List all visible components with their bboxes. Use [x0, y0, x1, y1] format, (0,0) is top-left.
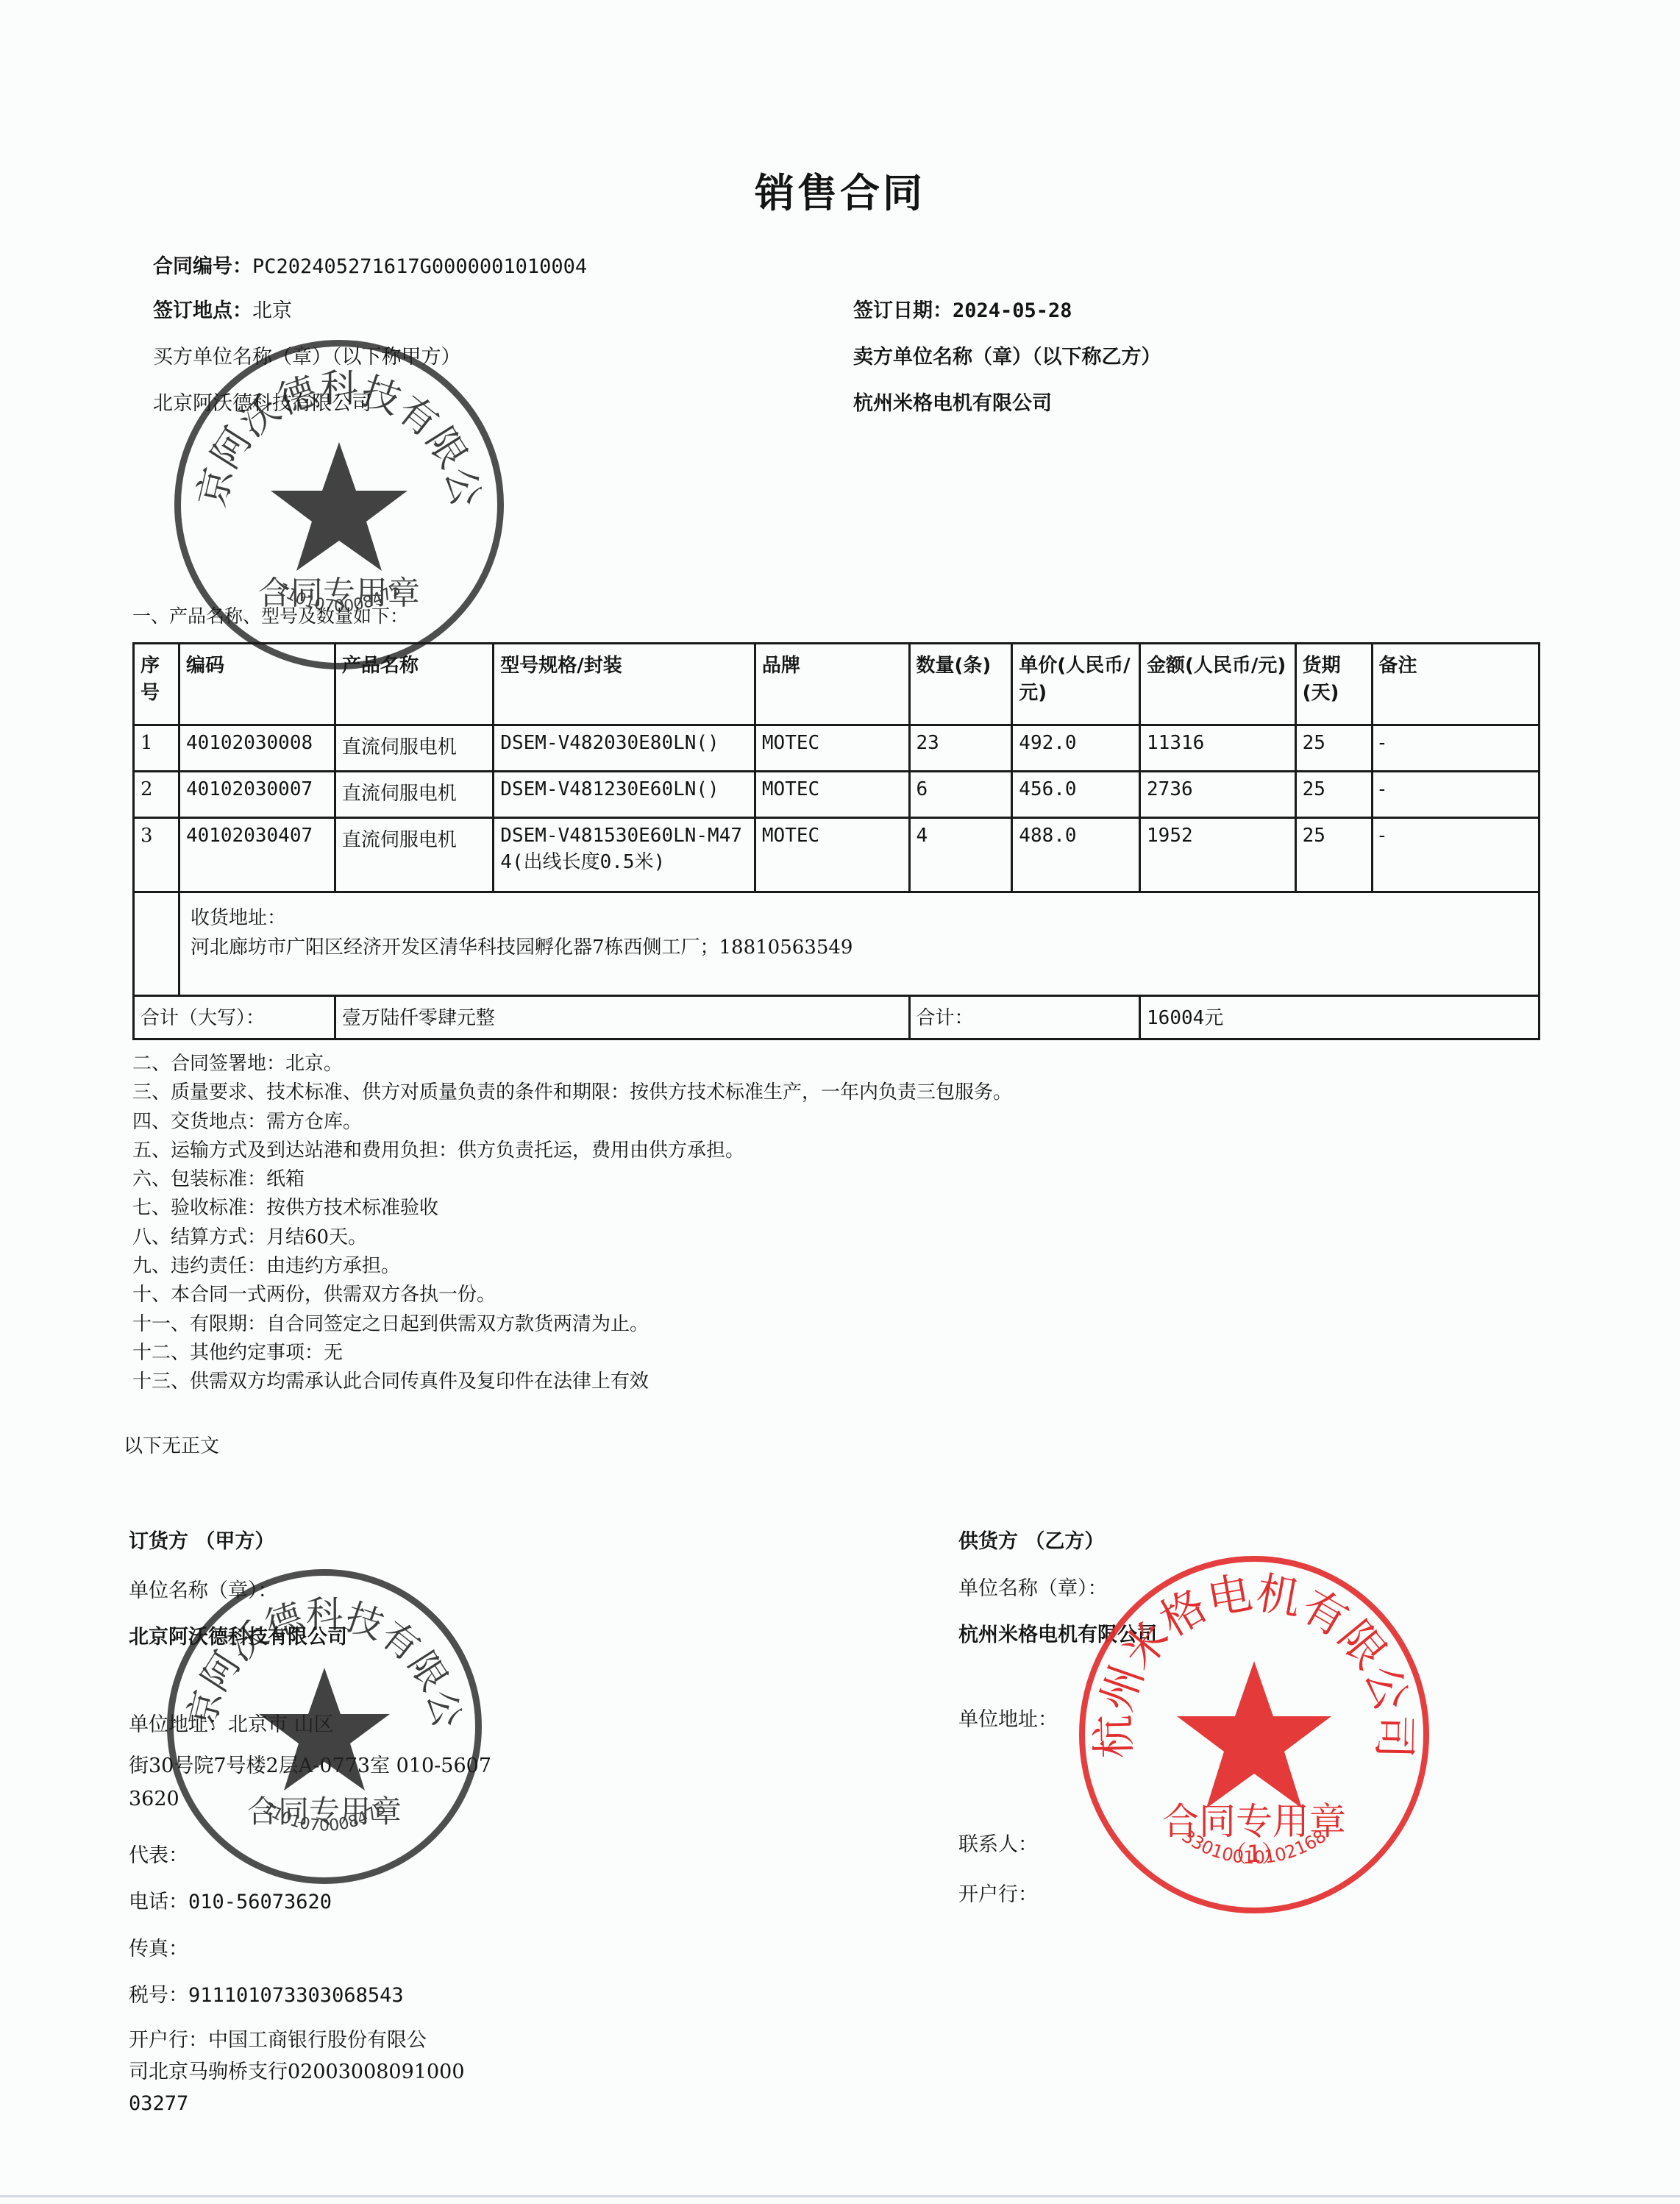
sign-date-label: 签订日期： [853, 299, 953, 322]
party-a-bank-line2: 司北京马驹桥支行02003008091000 [129, 2056, 465, 2088]
party-a-address-line3: 3620 [129, 1788, 179, 1810]
seller-name: 杭州米格电机有限公司 [853, 387, 1052, 416]
cell-model: DSEM-V481230E60LN() [494, 772, 755, 818]
party-a-bank-label: 开户行： [129, 2029, 208, 2052]
cell-name: 直流伺服电机 [335, 818, 493, 892]
cell-qty: 6 [909, 772, 1012, 818]
seller-contract-seal: 杭州米格电机有限公司 合同专用章 （1） 3301001010216​8 [1079, 1556, 1429, 1913]
party-b-contact-label: 联系人： [958, 1828, 1038, 1857]
clause-7: 七、验收标准：按供方技术标准验收 [132, 1194, 1012, 1223]
cell-brand: MOTEC [755, 818, 909, 892]
party-b-heading: 供货方 （乙方） [958, 1525, 1104, 1554]
contract-number-value: PC202405271617G0000001010004 [252, 255, 587, 278]
buyer-contract-seal-top: 北京阿沃德科技有限公司 合同专用章 1101070008475 [174, 340, 504, 669]
cell-qty: 4 [909, 818, 1012, 892]
party-a-bank-line1: 中国工商银行股份有限公 [208, 2029, 427, 2052]
seal-graphic: 杭州米格电机有限公司 合同专用章 （1） 3301001010216​8 [1085, 1562, 1423, 1908]
clause-12: 十二、其他约定事项：无 [132, 1339, 1012, 1368]
party-a-tax: 税号：911101073303068543 [129, 1979, 404, 2008]
party-a-bank-line3: 03277 [129, 2088, 465, 2119]
cell-code: 40102030007 [179, 772, 335, 818]
seal-graphic: 北京阿沃德科技有限公司 合同专用章 1101070008475 [181, 346, 497, 663]
cell-unit-price: 456.0 [1012, 772, 1140, 818]
header-amount: 金额(人民币/元) [1140, 644, 1296, 725]
clause-11: 十一、有限期：自合同签定之日起到供需双方款货两清为止。 [132, 1310, 1012, 1339]
seller-label: 卖方单位名称（章）（以下称乙方） [853, 341, 1161, 369]
cell-brand: MOTEC [755, 725, 909, 772]
star-icon [271, 442, 407, 571]
total-label: 合计： [909, 996, 1140, 1039]
cell-amount: 11316 [1140, 725, 1296, 772]
cell-code: 40102030008 [179, 725, 335, 772]
sign-place: 签订地点：北京 [153, 294, 292, 323]
party-b-address-label: 单位地址： [958, 1703, 1058, 1732]
sign-place-value: 北京 [252, 299, 292, 322]
delivery-address-label: 收货地址： [191, 903, 1528, 933]
cell-name: 直流伺服电机 [335, 725, 493, 772]
cell-model: DSEM-V481530E60LN-M474(出线长度0.5米) [494, 818, 755, 892]
buyer-contract-seal-bottom: 北京阿沃德科技有限公司 合同专用章 1101070008475 [167, 1569, 482, 1884]
delivery-address-row: 收货地址： 河北廊坊市广阳区经济开发区清华科技园孵化器7栋西侧工厂；188105… [134, 892, 1540, 996]
header-model: 型号规格/封装 [494, 644, 755, 725]
party-a-bank: 开户行：中国工商银行股份有限公 司北京马驹桥支行02003008091000 0… [129, 2025, 465, 2119]
header-lead-days: 货期(天) [1295, 644, 1372, 725]
contract-number: 合同编号：PC202405271617G0000001010004 [153, 250, 587, 279]
cell-amount: 1952 [1140, 818, 1296, 892]
cell-remark: - [1372, 772, 1539, 818]
clause-8: 八、结算方式：月结60天。 [132, 1223, 1012, 1252]
table-row: 2 40102030007 直流伺服电机 DSEM-V481230E60LN()… [134, 772, 1540, 818]
cell-amount: 2736 [1140, 772, 1296, 818]
clause-13: 十三、供需双方均需承认此合同传真件及复印件在法律上有效 [132, 1368, 1012, 1396]
total-upper-value: 壹万陆仟零肆元整 [335, 996, 909, 1039]
cell-name: 直流伺服电机 [335, 772, 493, 818]
clause-6: 六、包装标准：纸箱 [132, 1165, 1012, 1194]
clause-9: 九、违约责任：由违约方承担。 [132, 1252, 1012, 1281]
cell-no: 1 [134, 725, 179, 772]
sign-place-label: 签订地点： [153, 299, 252, 322]
seal-graphic: 北京阿沃德科技有限公司 合同专用章 1101070008475 [174, 1576, 475, 1877]
party-a-phone-value: 010-56073620 [188, 1891, 332, 1913]
cell-no: 3 [134, 818, 179, 892]
header-unit-price: 单价(人民币/元) [1012, 644, 1140, 725]
delivery-address-value: 河北廊坊市广阳区经济开发区清华科技园孵化器7栋西侧工厂；18810563549 [191, 933, 1528, 962]
party-a-fax-label: 传真： [129, 1933, 188, 1961]
delivery-address-cell: 收货地址： 河北廊坊市广阳区经济开发区清华科技园孵化器7栋西侧工厂；188105… [179, 892, 1539, 996]
product-table: 序号 编码 产品名称 型号规格/封装 品牌 数量(条) 单价(人民币/元) 金额… [132, 642, 1540, 1040]
star-icon [1177, 1661, 1331, 1808]
header-no: 序号 [134, 644, 179, 725]
address-blank-cell [134, 892, 179, 996]
end-note: 以下无正文 [124, 1431, 219, 1458]
total-upper-label: 合计（大写）： [134, 996, 335, 1039]
party-a-tax-label: 税号： [129, 1984, 188, 2007]
cell-no: 2 [134, 772, 179, 818]
cell-model: DSEM-V482030E80LN() [494, 725, 755, 772]
cell-lead-days: 25 [1295, 818, 1372, 892]
party-a-heading: 订货方 （甲方） [129, 1525, 274, 1554]
table-row: 1 40102030008 直流伺服电机 DSEM-V482030E80LN()… [134, 725, 1540, 772]
party-b-bank-label: 开户行： [958, 1878, 1038, 1907]
clause-5: 五、运输方式及到达站港和费用负担：供方负责托运，费用由供方承担。 [132, 1137, 1012, 1165]
contract-number-label: 合同编号： [153, 255, 252, 278]
cell-brand: MOTEC [755, 772, 909, 818]
table-row: 3 40102030407 直流伺服电机 DSEM-V481530E60LN-M… [134, 818, 1540, 892]
clause-3: 三、质量要求、技术标准、供方对质量负责的条件和期限：按供方技术标准生产，一年内负… [132, 1078, 1012, 1107]
header-brand: 品牌 [755, 644, 909, 725]
sign-date-value: 2024-05-28 [953, 299, 1072, 322]
cell-lead-days: 25 [1295, 772, 1372, 818]
star-icon [259, 1668, 390, 1791]
page-bottom-edge [0, 2195, 1680, 2197]
party-a-phone: 电话：010-56073620 [129, 1885, 332, 1914]
cell-unit-price: 488.0 [1012, 818, 1140, 892]
party-a-tax-value: 911101073303068543 [188, 1984, 404, 2007]
cell-qty: 23 [909, 725, 1012, 772]
contract-clauses: 二、合同签署地：北京。 三、质量要求、技术标准、供方对质量负责的条件和期限：按供… [132, 1050, 1012, 1397]
total-value: 16004元 [1140, 996, 1540, 1039]
sign-date: 签订日期：2024-05-28 [853, 294, 1072, 323]
cell-unit-price: 492.0 [1012, 725, 1140, 772]
cell-code: 40102030407 [179, 818, 335, 892]
clause-2: 二、合同签署地：北京。 [132, 1050, 1012, 1078]
clause-4: 四、交货地点：需方仓库。 [132, 1108, 1012, 1137]
header-qty: 数量(条) [909, 644, 1012, 725]
party-a-phone-label: 电话： [129, 1891, 188, 1913]
document-title: 销售合同 [0, 162, 1680, 218]
cell-lead-days: 25 [1295, 725, 1372, 772]
clause-10: 十、本合同一式两份，供需双方各执一份。 [132, 1281, 1012, 1309]
cell-remark: - [1372, 725, 1539, 772]
header-remark: 备注 [1372, 644, 1539, 725]
cell-remark: - [1372, 818, 1539, 892]
total-row: 合计（大写）： 壹万陆仟零肆元整 合计： 16004元 [134, 996, 1540, 1039]
